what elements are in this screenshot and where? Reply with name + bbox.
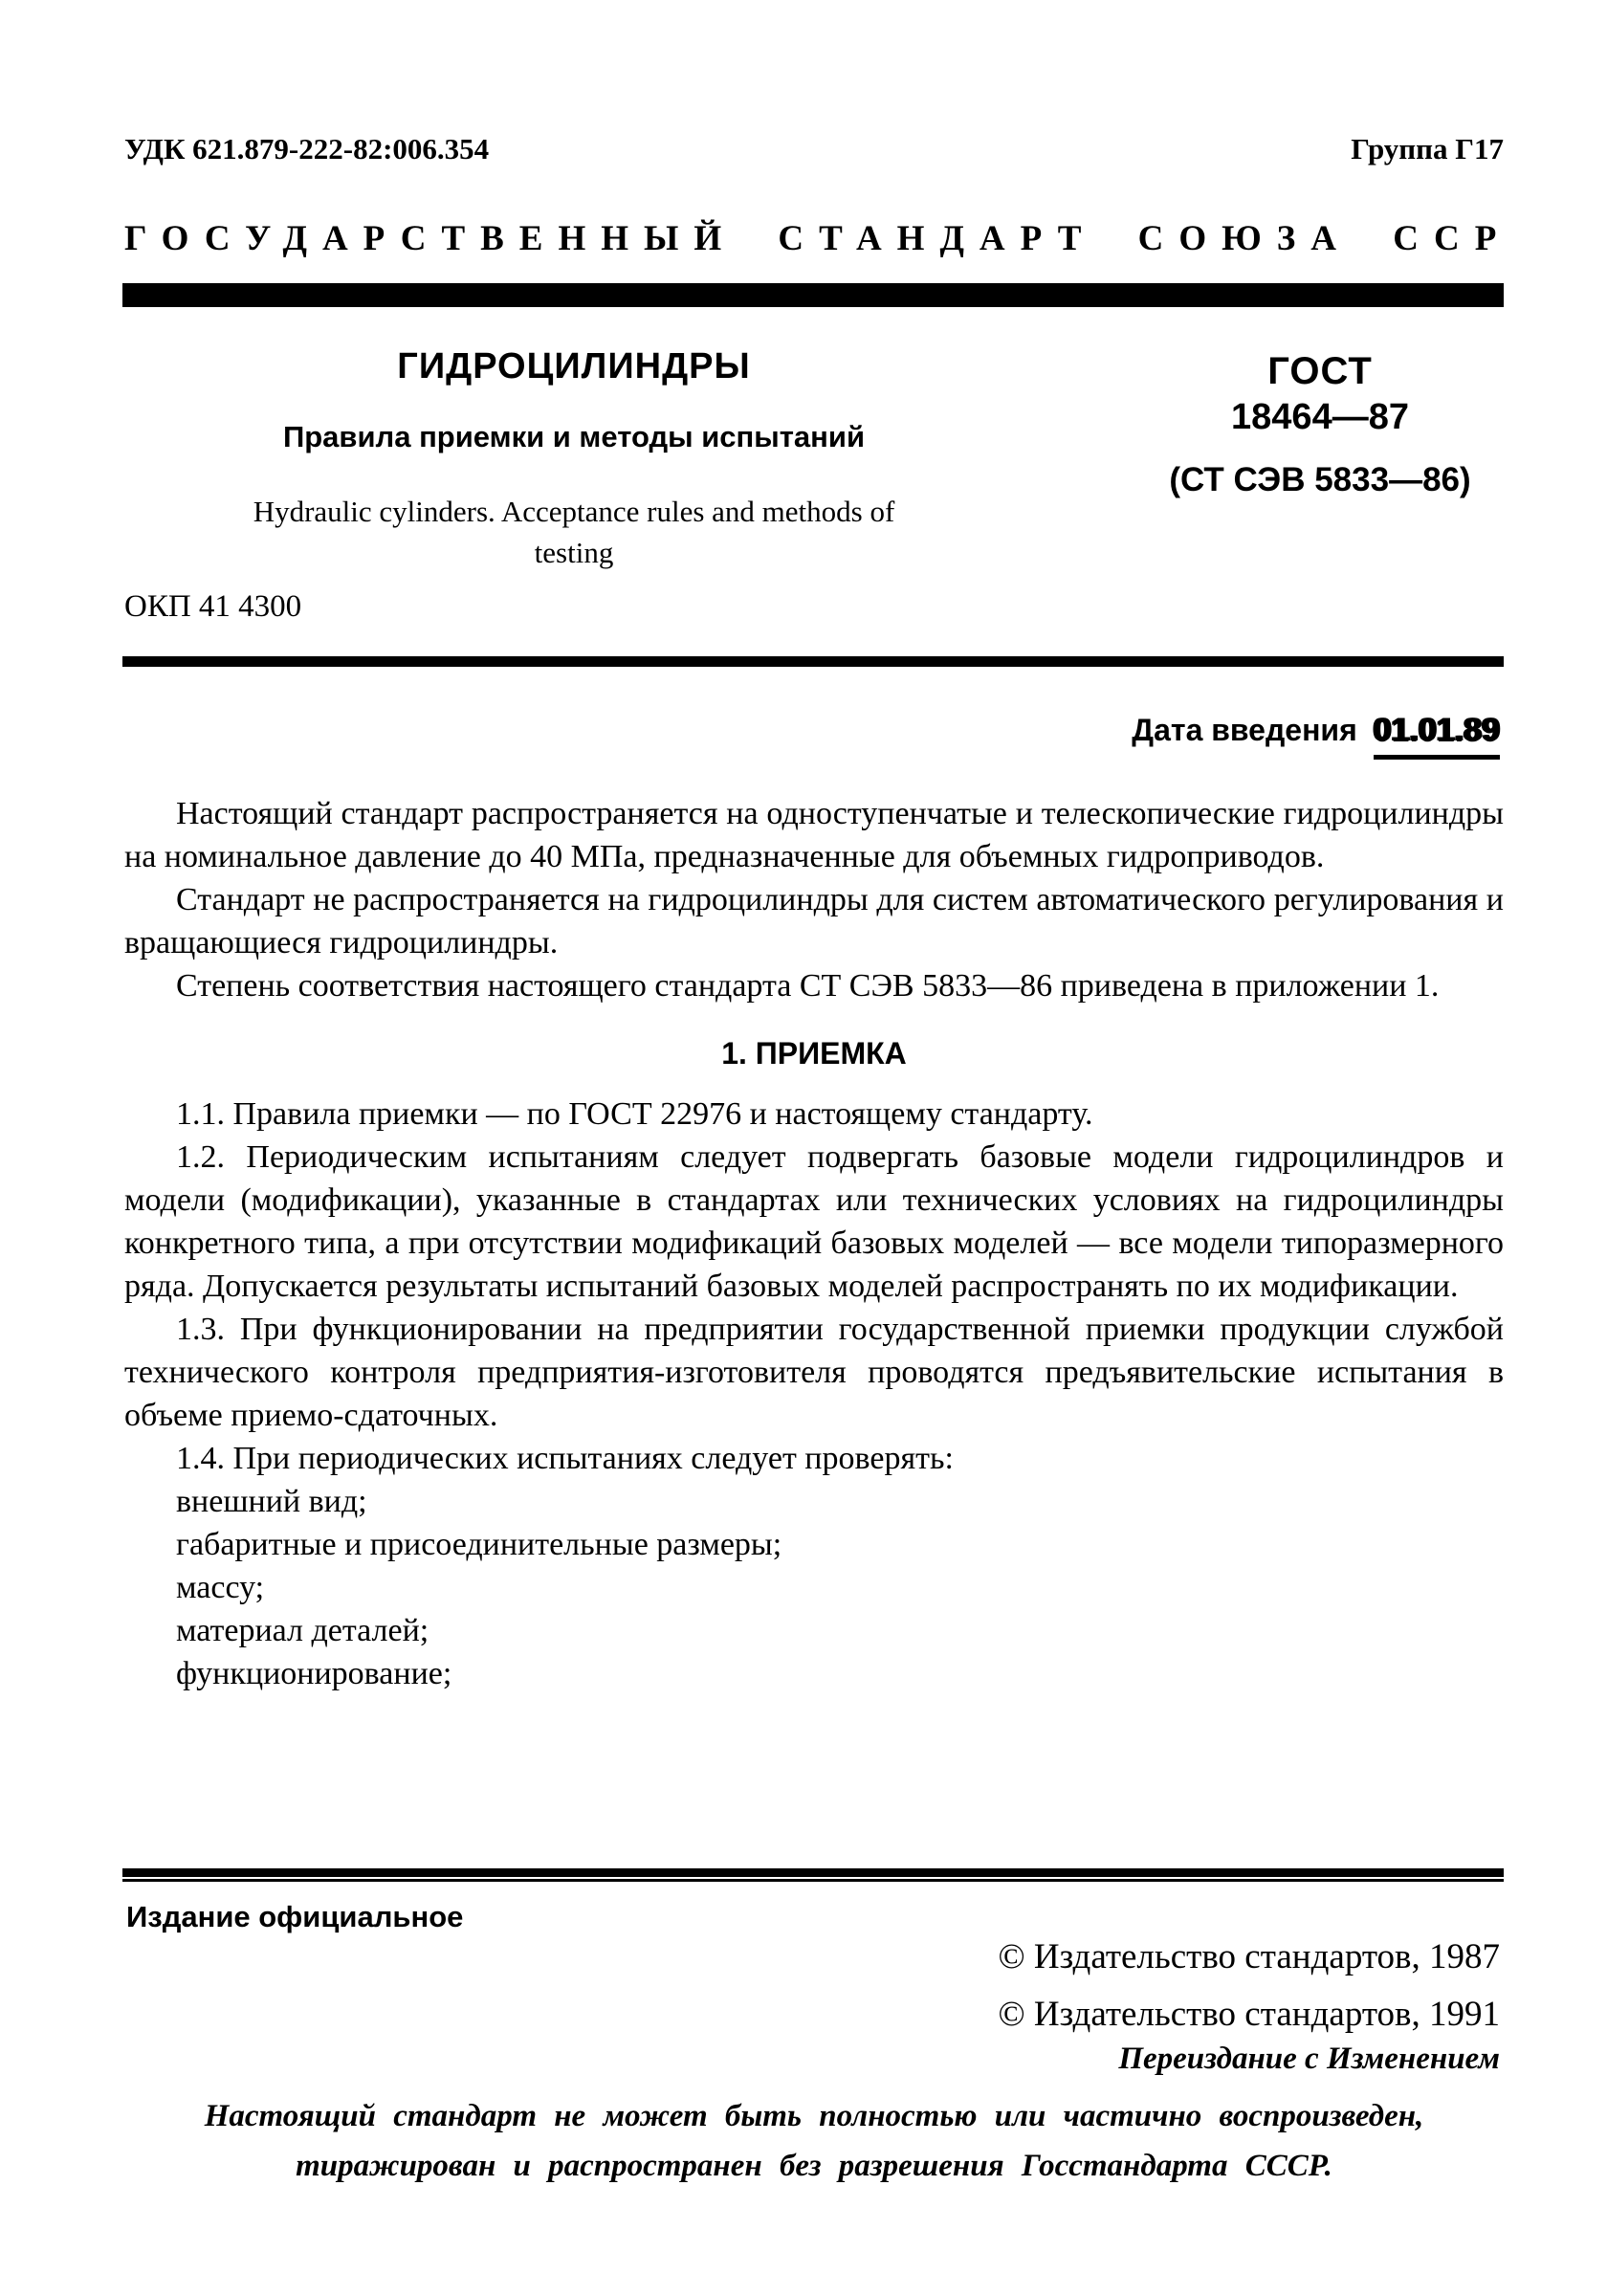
- document-page: УДК 621.879-222-82:006.354 Группа Г17 ГО…: [0, 0, 1607, 2296]
- official-edition-label: Издание официальное: [126, 1900, 463, 1934]
- intro-date-value: 01.01.89: [1374, 712, 1500, 760]
- check-list-item-1: внешний вид;: [124, 1480, 1504, 1523]
- scope-paragraph-1: Настоящий стандарт распространяется на о…: [124, 792, 1504, 878]
- st-sev-number: (СТ СЭВ 5833—86): [1138, 461, 1502, 499]
- middle-horizontal-rule: [122, 656, 1504, 667]
- group-label: Группа Г17: [1351, 132, 1504, 166]
- reproduction-notice: Настоящий стандарт не может быть полност…: [124, 2091, 1504, 2191]
- udk-number: УДК 621.879-222-82:006.354: [124, 132, 489, 166]
- gost-number: 18464—87: [1138, 397, 1502, 438]
- top-classification-row: УДК 621.879-222-82:006.354 Группа Г17: [124, 132, 1504, 166]
- check-list-item-2: габаритные и присоединительные размеры;: [124, 1523, 1504, 1566]
- clause-1-4: 1.4. При периодических испытаниях следуе…: [124, 1437, 1504, 1480]
- check-list-item-4: материал деталей;: [124, 1609, 1504, 1652]
- copyright-line-1991: © Издательство стандартов, 1991: [999, 1986, 1501, 2043]
- reproduction-notice-line2: тиражирован и распространен без разрешен…: [124, 2141, 1504, 2191]
- copyright-line-1987: © Издательство стандартов, 1987: [999, 1929, 1501, 1986]
- intro-date-label: Дата введения: [1132, 713, 1356, 747]
- document-subtitle-ru: Правила приемки и методы испытаний: [124, 420, 1024, 454]
- document-body: Настоящий стандарт распространяется на о…: [124, 792, 1504, 1695]
- footer-horizontal-rule: [122, 1868, 1504, 1879]
- state-standard-header: ГОСУДАРСТВЕННЫЙ СТАНДАРТ СОЮЗА ССР: [124, 218, 1504, 259]
- scope-paragraph-3: Степень соответствия настоящего стандарт…: [124, 964, 1504, 1007]
- check-list-item-5: функционирование;: [124, 1652, 1504, 1695]
- introduction-date-row: Дата введения 01.01.89: [1132, 712, 1500, 749]
- header-divider-bar: [122, 283, 1504, 307]
- document-title-en-line2: testing: [124, 532, 1024, 573]
- gost-designation-block: ГОСТ 18464—87 (СТ СЭВ 5833—86): [1138, 350, 1502, 499]
- reproduction-notice-line1: Настоящий стандарт не может быть полност…: [124, 2091, 1504, 2141]
- gost-label: ГОСТ: [1138, 350, 1502, 393]
- reissue-note: Переиздание с Изменением: [1118, 2042, 1500, 2077]
- clause-1-3: 1.3. При функционировании на предприятии…: [124, 1308, 1504, 1437]
- document-title-en-line1: Hydraulic cylinders. Acceptance rules an…: [124, 491, 1024, 532]
- document-title-en: Hydraulic cylinders. Acceptance rules an…: [124, 491, 1024, 573]
- document-title-ru: ГИДРОЦИЛИНДРЫ: [124, 346, 1024, 387]
- copyright-block: © Издательство стандартов, 1987 © Издате…: [999, 1929, 1501, 2043]
- check-list-item-3: массу;: [124, 1566, 1504, 1609]
- okp-code: ОКП 41 4300: [124, 589, 301, 625]
- clause-1-1: 1.1. Правила приемки — по ГОСТ 22976 и н…: [124, 1093, 1504, 1136]
- title-block: ГИДРОЦИЛИНДРЫ Правила приемки и методы и…: [124, 346, 1024, 573]
- section-1-heading: 1. ПРИЕМКА: [124, 1032, 1504, 1075]
- scope-paragraph-2: Стандарт не распространяется на гидроцил…: [124, 878, 1504, 964]
- clause-1-2: 1.2. Периодическим испытаниям следует по…: [124, 1136, 1504, 1308]
